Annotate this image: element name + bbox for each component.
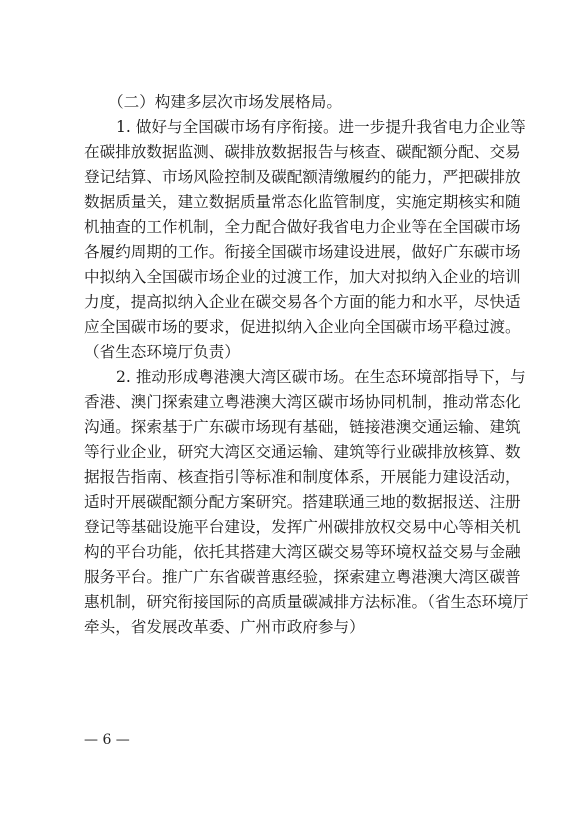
- paragraph-line: 登记结算、市场风险控制及碳配额清缴履约的能力，严把碳排放: [84, 165, 504, 190]
- paragraph-line: 惠机制，研究衔接国际的高质量碳减排方法标准。（省生态环境厅: [84, 590, 504, 615]
- paragraph-line: 据报告指南、核查指引等标准和制度体系，开展能力建设活动，: [84, 465, 504, 490]
- paragraph-line: 登记等基础设施平台建设，发挥广州碳排放权交易中心等相关机: [84, 515, 504, 540]
- page-number: — 6 —: [84, 730, 130, 750]
- responsible-party: （省生态环境厅负责）: [84, 340, 504, 365]
- responsible-party: 牵头，省发展改革委、广州市政府参与）: [84, 615, 504, 640]
- paragraph-line: 中拟纳入全国碳市场企业的过渡工作，加大对拟纳入企业的培训: [84, 265, 504, 290]
- paragraph-line: 服务平台。推广广东省碳普惠经验，探索建立粤港澳大湾区碳普: [84, 565, 504, 590]
- paragraph-line: 应全国碳市场的要求，促进拟纳入企业向全国碳市场平稳过渡。: [84, 315, 504, 340]
- paragraph-1: 1. 做好与全国碳市场有序衔接。进一步提升我省电力企业等 在碳排放数据监测、碳排…: [84, 115, 504, 365]
- paragraph-line: 2. 推动形成粤港澳大湾区碳市场。在生态环境部指导下，与: [84, 365, 504, 390]
- paragraph-line: 数据质量关，建立数据质量常态化监管制度，实施定期核实和随: [84, 190, 504, 215]
- paragraph-line: 构的平台功能，依托其搭建大湾区碳交易等环境权益交易与金融: [84, 540, 504, 565]
- document-page: （二）构建多层次市场发展格局。 1. 做好与全国碳市场有序衔接。进一步提升我省电…: [0, 0, 578, 818]
- paragraph-line: 在碳排放数据监测、碳排放数据报告与核查、碳配额分配、交易: [84, 140, 504, 165]
- paragraph-line: 力度，提高拟纳入企业在碳交易各个方面的能力和水平，尽快适: [84, 290, 504, 315]
- paragraph-line: 等行业企业，研究大湾区交通运输、建筑等行业碳排放核算、数: [84, 440, 504, 465]
- document-body: （二）构建多层次市场发展格局。 1. 做好与全国碳市场有序衔接。进一步提升我省电…: [84, 90, 504, 640]
- paragraph-line: 香港、澳门探索建立粤港澳大湾区碳市场协同机制，推动常态化: [84, 390, 504, 415]
- section-heading: （二）构建多层次市场发展格局。: [84, 90, 504, 115]
- paragraph-line: 适时开展碳配额分配方案研究。搭建联通三地的数据报送、注册: [84, 490, 504, 515]
- paragraph-line: 各履约周期的工作。衔接全国碳市场建设进展，做好广东碳市场: [84, 240, 504, 265]
- paragraph-line: 沟通。探索基于广东碳市场现有基础，链接港澳交通运输、建筑: [84, 415, 504, 440]
- paragraph-2: 2. 推动形成粤港澳大湾区碳市场。在生态环境部指导下，与 香港、澳门探索建立粤港…: [84, 365, 504, 640]
- paragraph-line: 机抽查的工作机制，全力配合做好我省电力企业等在全国碳市场: [84, 215, 504, 240]
- paragraph-line: 1. 做好与全国碳市场有序衔接。进一步提升我省电力企业等: [84, 115, 504, 140]
